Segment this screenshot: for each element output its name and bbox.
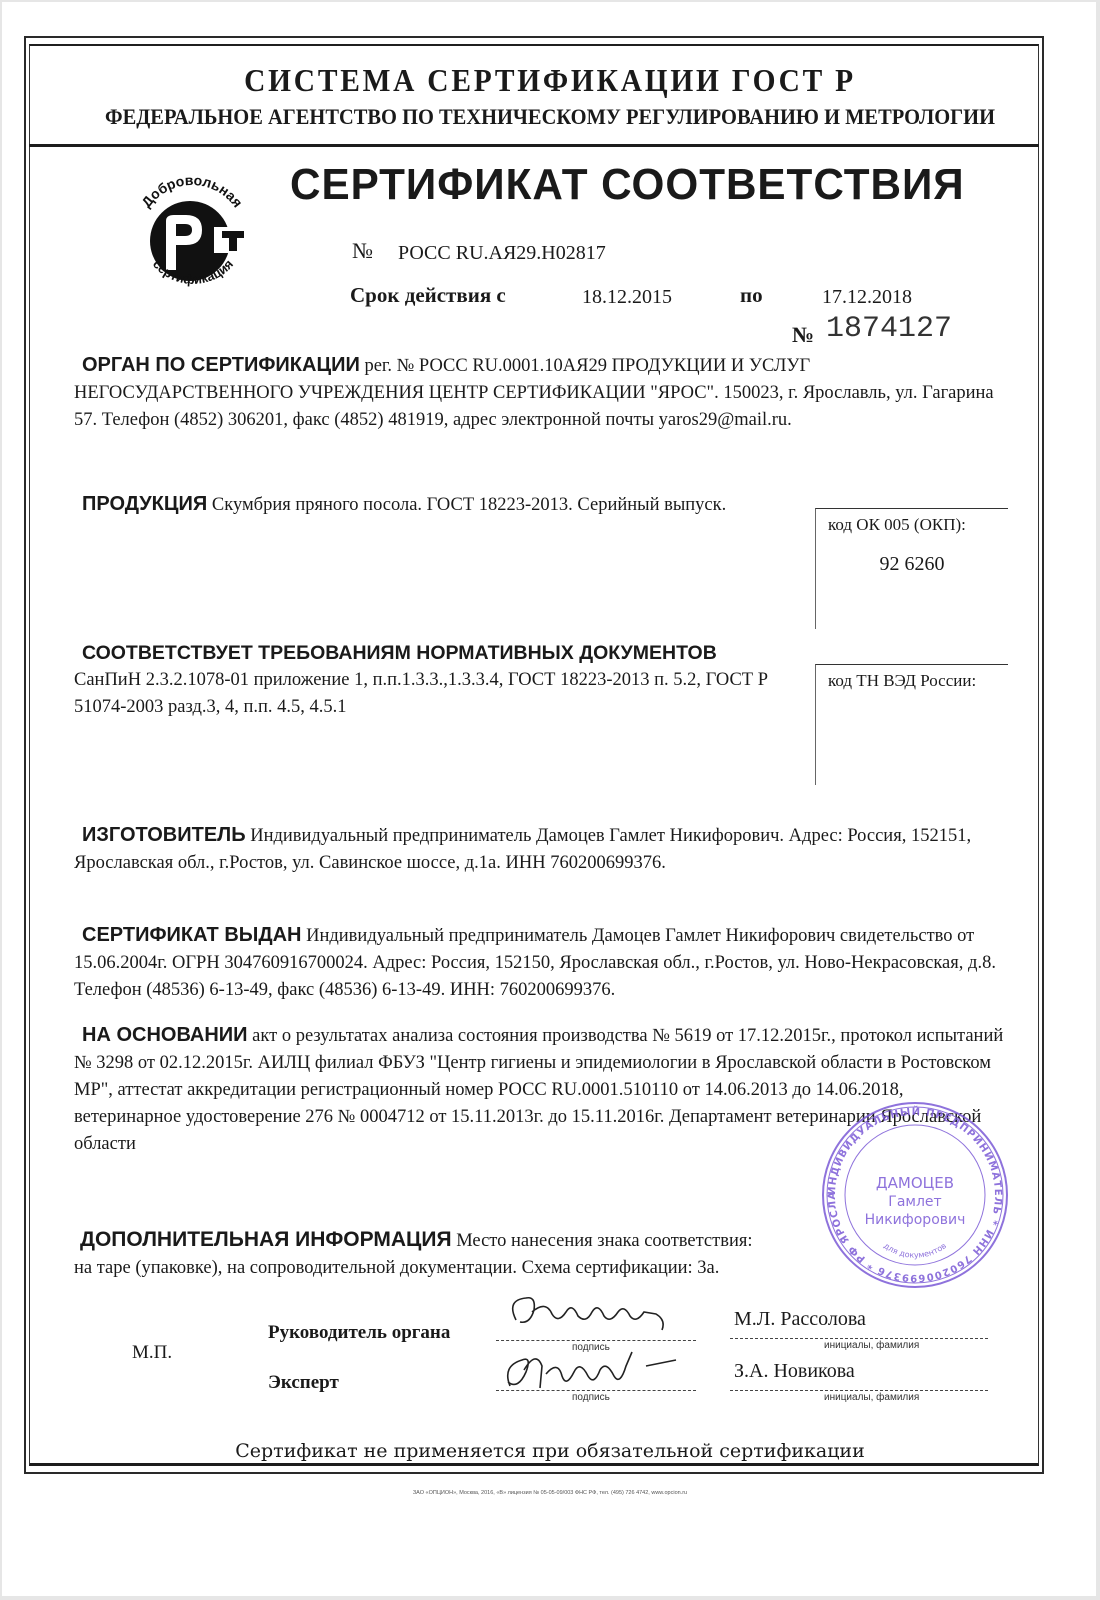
agency-name: ФЕДЕРАЛЬНОЕ АГЕНТСТВО ПО ТЕХНИЧЕСКОМУ РЕ… bbox=[39, 104, 1062, 130]
head-name: М.Л. Рассолова bbox=[734, 1308, 866, 1331]
expert-role-label: Эксперт bbox=[268, 1372, 339, 1394]
tnved-code-value bbox=[816, 691, 1008, 709]
head-name-line bbox=[730, 1338, 988, 1339]
expert-name-caption: инициалы, фамилия bbox=[824, 1392, 919, 1403]
section-certification-body: ОРГАН ПО СЕРТИФИКАЦИИ рег. № РОСС RU.000… bbox=[74, 352, 1009, 434]
section-heading: СООТВЕТСТВУЕТ ТРЕБОВАНИЯМ НОРМАТИВНЫХ ДО… bbox=[82, 640, 794, 667]
tnved-code-label: код ТН ВЭД России: bbox=[816, 665, 1008, 691]
head-name-caption: инициалы, фамилия bbox=[824, 1340, 919, 1351]
rst-logo-icon: Добровольная сертификация bbox=[122, 175, 262, 295]
section-product: ПРОДУКЦИЯ Скумбрия пряного посола. ГОСТ … bbox=[74, 491, 774, 519]
stamp-line-3: Никифорович bbox=[865, 1212, 966, 1228]
section-conformity: СООТВЕТСТВУЕТ ТРЕБОВАНИЯМ НОРМАТИВНЫХ ДО… bbox=[74, 640, 794, 721]
expert-sign-caption: подпись bbox=[572, 1392, 610, 1403]
section-issued-to: СЕРТИФИКАТ ВЫДАН Индивидуальный предприн… bbox=[74, 922, 1009, 1004]
serial-label: № bbox=[792, 322, 814, 348]
head-role-label: Руководитель органа bbox=[268, 1322, 450, 1344]
footer-note: Сертификат не применяется при обязательн… bbox=[0, 1440, 1100, 1462]
section-heading: НА ОСНОВАНИИ bbox=[82, 1024, 248, 1046]
okp-code-value: 92 6260 bbox=[816, 535, 1008, 576]
expert-name-line bbox=[730, 1390, 988, 1391]
stamp-inner-text: для документов bbox=[882, 1241, 948, 1260]
serial-number: 1874127 bbox=[826, 312, 952, 346]
stamp-line-1: ДАМОЦЕВ bbox=[876, 1174, 954, 1192]
section-heading: СЕРТИФИКАТ ВЫДАН bbox=[82, 924, 301, 946]
system-title: СИСТЕМА СЕРТИФИКАЦИИ ГОСТ Р bbox=[44, 62, 1056, 99]
header-divider bbox=[29, 144, 1039, 147]
valid-from: 18.12.2015 bbox=[582, 286, 672, 309]
seal-stamp-icon: ИНДИВИДУАЛЬНЫЙ ПРЕДПРИНИМАТЕЛЬ * ИНН 760… bbox=[820, 1100, 1010, 1290]
svg-text:для документов: для документов bbox=[882, 1241, 948, 1260]
section-heading: ОРГАН ПО СЕРТИФИКАЦИИ bbox=[82, 354, 360, 376]
valid-to-label: по bbox=[740, 283, 763, 308]
expert-signature-icon bbox=[496, 1346, 716, 1396]
section-text: Скумбрия пряного посола. ГОСТ 18223-2013… bbox=[212, 495, 726, 515]
valid-to: 17.12.2018 bbox=[822, 286, 912, 309]
cert-number: РОСС RU.АЯ29.Н02817 bbox=[398, 242, 606, 265]
section-text: СанПиН 2.3.2.1078-01 приложение 1, п.п.1… bbox=[74, 667, 794, 721]
expert-signature-line bbox=[496, 1390, 696, 1391]
document-title: СЕРТИФИКАТ СООТВЕТСТВИЯ bbox=[290, 160, 965, 210]
validity-label: Срок действия с bbox=[350, 283, 506, 308]
okp-code-label: код ОК 005 (ОКП): bbox=[816, 509, 1008, 535]
section-heading: ДОПОЛНИТЕЛЬНАЯ ИНФОРМАЦИЯ bbox=[80, 1228, 452, 1251]
head-signature-line bbox=[496, 1340, 696, 1341]
stamp-line-2: Гамлет bbox=[888, 1194, 941, 1210]
section-heading: ПРОДУКЦИЯ bbox=[82, 493, 207, 515]
section-additional-info: ДОПОЛНИТЕЛЬНАЯ ИНФОРМАЦИЯ Место нанесени… bbox=[74, 1226, 774, 1282]
section-manufacturer: ИЗГОТОВИТЕЛЬ Индивидуальный предпринимат… bbox=[74, 822, 974, 877]
printer-imprint: ЗАО «ОПЦИОН», Москва, 2016, «В» лицензия… bbox=[0, 1490, 1100, 1496]
okp-code-box: код ОК 005 (ОКП): 92 6260 bbox=[815, 508, 1008, 629]
expert-name: З.А. Новикова bbox=[734, 1360, 855, 1383]
seal-place-label: М.П. bbox=[132, 1342, 172, 1364]
section-heading: ИЗГОТОВИТЕЛЬ bbox=[82, 824, 246, 846]
head-signature-icon bbox=[496, 1290, 696, 1340]
tnved-code-box: код ТН ВЭД России: bbox=[815, 664, 1008, 785]
cert-number-label: № bbox=[352, 238, 373, 264]
